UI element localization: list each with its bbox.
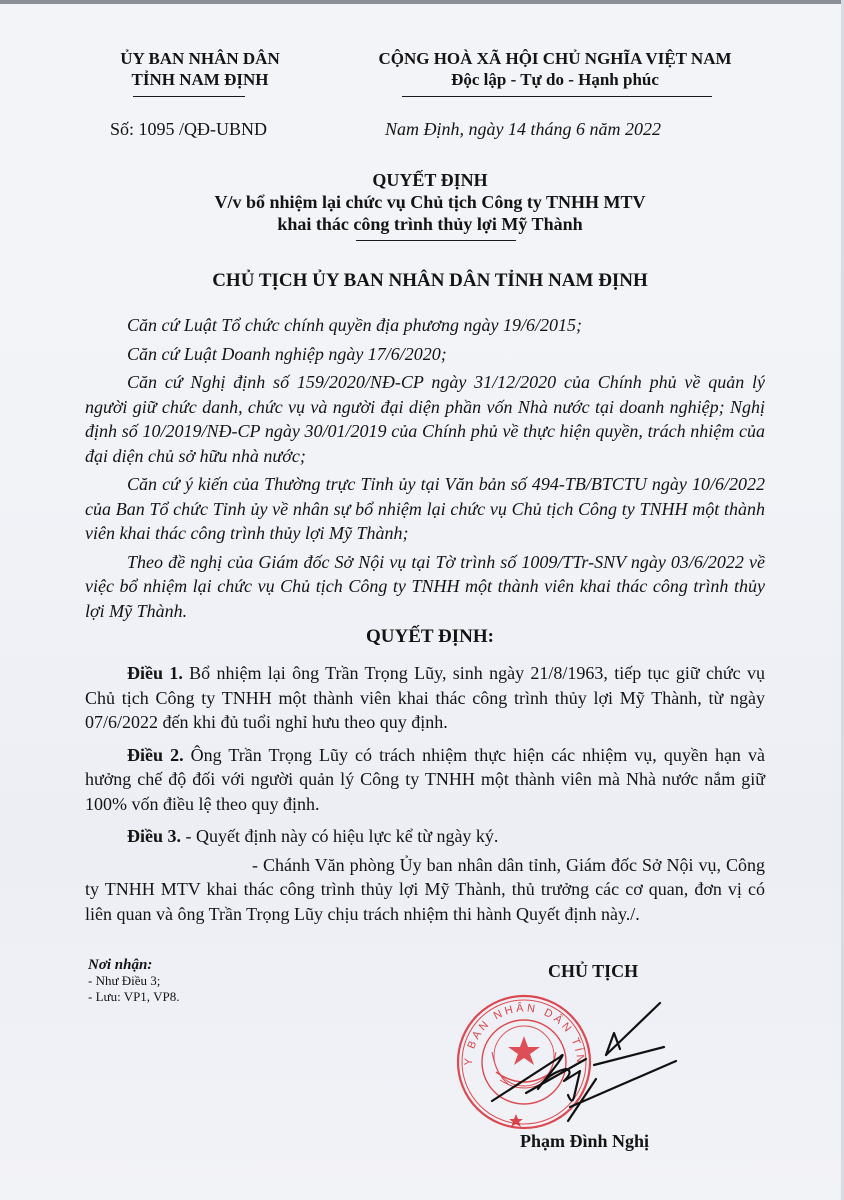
- handwritten-signature-icon: [470, 999, 680, 1129]
- nation-line-2: Độc lập - Tự do - Hạnh phúc: [325, 69, 785, 90]
- national-motto: CỘNG HOÀ XÃ HỘI CHỦ NGHĨA VIỆT NAM Độc l…: [325, 48, 785, 90]
- agency-line-1: ỦY BAN NHÂN DÂN: [95, 48, 305, 69]
- article-3-subclause: - Chánh Văn phòng Ủy ban nhân dân tỉnh, …: [85, 853, 765, 927]
- doc-type: QUYẾT ĐỊNH: [150, 169, 710, 191]
- document-number: Số: 1095 /QĐ-UBND: [110, 119, 267, 140]
- article-text: Ông Trần Trọng Lũy có trách nhiệm thực h…: [85, 745, 765, 814]
- article-1: Điều 1. Bổ nhiệm lại ông Trần Trọng Lũy,…: [85, 661, 765, 735]
- decision-articles: Điều 1. Bổ nhiệm lại ông Trần Trọng Lũy,…: [85, 661, 765, 934]
- subject-line-2: khai thác công trình thủy lợi Mỹ Thành: [150, 213, 710, 235]
- recipients-block: Nơi nhận: - Như Điều 3; - Lưu: VP1, VP8.: [88, 957, 179, 1005]
- agency-line-2: TỈNH NAM ĐỊNH: [132, 69, 269, 93]
- recipient-item: - Lưu: VP1, VP8.: [88, 989, 179, 1005]
- motto-underline: [402, 96, 712, 97]
- legal-basis: Căn cứ Luật Tổ chức chính quyền địa phươ…: [85, 313, 765, 627]
- article-text: Bổ nhiệm lại ông Trần Trọng Lũy, sinh ng…: [85, 663, 765, 732]
- article-text: - Quyết định này có hiệu lực kể từ ngày …: [181, 826, 498, 846]
- basis-item: Theo đề nghị của Giám đốc Sở Nội vụ tại …: [85, 550, 765, 624]
- agency-underline: [133, 96, 245, 97]
- issuing-authority: CHỦ TỊCH ỦY BAN NHÂN DÂN TỈNH NAM ĐỊNH: [120, 270, 740, 292]
- article-label: Điều 1.: [127, 663, 183, 683]
- title-underline: [356, 240, 516, 241]
- article-3: Điều 3. - Quyết định này có hiệu lực kể …: [85, 824, 765, 849]
- article-label: Điều 3.: [127, 826, 181, 846]
- subject-line-1: V/v bổ nhiệm lại chức vụ Chủ tịch Công t…: [150, 191, 710, 213]
- article-label: Điều 2.: [127, 745, 184, 765]
- nation-line-1: CỘNG HOÀ XÃ HỘI CHỦ NGHĨA VIỆT NAM: [325, 48, 785, 69]
- signer-title: CHỦ TỊCH: [548, 961, 638, 982]
- recipient-item: - Như Điều 3;: [88, 973, 179, 989]
- decision-heading: QUYẾT ĐỊNH:: [300, 626, 560, 648]
- document-title: QUYẾT ĐỊNH V/v bổ nhiệm lại chức vụ Chủ …: [150, 169, 710, 235]
- document-page: ỦY BAN NHÂN DÂN TỈNH NAM ĐỊNH CỘNG HOÀ X…: [0, 4, 841, 1200]
- basis-item: Căn cứ ý kiến của Thường trực Tỉnh ủy tạ…: [85, 472, 765, 546]
- basis-item: Căn cứ Nghị định số 159/2020/NĐ-CP ngày …: [85, 370, 765, 468]
- place-date: Nam Định, ngày 14 tháng 6 năm 2022: [385, 119, 661, 140]
- basis-item: Căn cứ Luật Doanh nghiệp ngày 17/6/2020;: [85, 342, 765, 367]
- basis-item: Căn cứ Luật Tổ chức chính quyền địa phươ…: [85, 313, 765, 338]
- issuing-agency: ỦY BAN NHÂN DÂN TỈNH NAM ĐỊNH: [95, 48, 305, 93]
- recipients-heading: Nơi nhận:: [88, 957, 179, 973]
- signer-name: Phạm Đình Nghị: [520, 1131, 649, 1152]
- article-2: Điều 2. Ông Trần Trọng Lũy có trách nhiệ…: [85, 743, 765, 817]
